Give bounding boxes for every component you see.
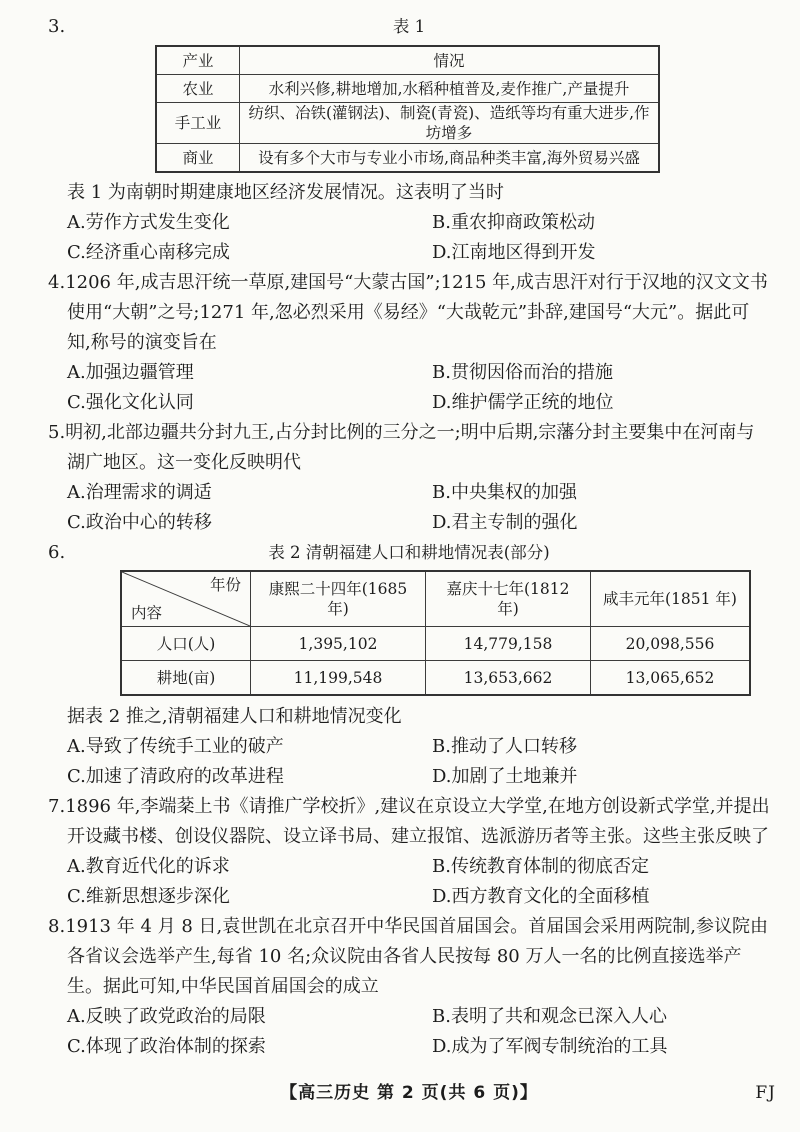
- diag-label-year: 年份: [210, 575, 241, 595]
- table-cell-text: 水利兴修,耕地增加,水稻种植普及,麦作推广,产量提升: [240, 75, 660, 103]
- question-6: 6. 表 2 清朝福建人口和耕地情况表(部分) 年份 内容 康熙二十四年(168…: [48, 538, 770, 792]
- option-c: C.强化文化认同: [67, 388, 432, 418]
- question-4: 4.1206 年,成吉思汗统一草原,建国号“大蒙古国”;1215 年,成吉思汗对…: [48, 268, 770, 418]
- option-c: C.加速了清政府的改革进程: [67, 762, 432, 792]
- table-2-header-row: 年份 内容 康熙二十四年(1685 年) 嘉庆十七年(1812 年) 咸丰元年(…: [121, 571, 750, 627]
- question-3-number: 3.: [48, 12, 65, 42]
- table-cell-label: 农业: [156, 75, 240, 103]
- option-d: D.君主专制的强化: [432, 508, 770, 538]
- table-row: 手工业 纺织、冶铁(灌钢法)、制瓷(青瓷)、造纸等均有重大进步,作坊增多: [156, 103, 659, 144]
- question-6-stem: 据表 2 推之,清朝福建人口和耕地情况变化: [48, 702, 770, 732]
- table-cell-label: 人口(人): [121, 627, 251, 661]
- table-row: 商业 设有多个大市与专业小市场,商品种类丰富,海外贸易兴盛: [156, 144, 659, 173]
- question-4-number: 4.: [48, 272, 65, 293]
- question-5-text: 明初,北部边疆共分封九王,占分封比例的三分之一;明中后期,宗藩分封主要集中在河南…: [65, 422, 754, 473]
- option-b: B.贯彻因俗而治的措施: [432, 358, 770, 388]
- question-7-stem: 7.1896 年,李端棻上书《请推广学校折》,建议在京设立大学堂,在地方创设新式…: [48, 792, 770, 852]
- table-1-header-row: 产业 情况: [156, 46, 659, 75]
- table-cell-label: 耕地(亩): [121, 661, 251, 696]
- option-c: C.体现了政治体制的探索: [67, 1032, 432, 1062]
- question-5-stem: 5.明初,北部边疆共分封九王,占分封比例的三分之一;明中后期,宗藩分封主要集中在…: [48, 418, 770, 478]
- table-2-col-header: 咸丰元年(1851 年): [591, 571, 751, 627]
- option-d: D.维护儒学正统的地位: [432, 388, 770, 418]
- table-row-farmland: 耕地(亩) 11,199,548 13,653,662 13,065,652: [121, 661, 750, 696]
- option-d: D.江南地区得到开发: [432, 238, 770, 268]
- question-3-heading: 3. 表 1: [48, 12, 770, 42]
- option-b: B.推动了人口转移: [432, 732, 770, 762]
- question-8-stem: 8.1913 年 4 月 8 日,袁世凯在北京召开中华民国首届国会。首届国会采用…: [48, 912, 770, 1002]
- option-c: C.经济重心南移完成: [67, 238, 432, 268]
- table-1-header-industry: 产业: [156, 46, 240, 75]
- footer-code: FJ: [755, 1078, 776, 1108]
- table-cell-label: 手工业: [156, 103, 240, 144]
- table-2-col-header: 嘉庆十七年(1812 年): [426, 571, 591, 627]
- table-row: 农业 水利兴修,耕地增加,水稻种植普及,麦作推广,产量提升: [156, 75, 659, 103]
- table-2: 年份 内容 康熙二十四年(1685 年) 嘉庆十七年(1812 年) 咸丰元年(…: [120, 570, 751, 696]
- table-cell-value: 11,199,548: [251, 661, 426, 696]
- option-a: A.加强边疆管理: [67, 358, 432, 388]
- option-a: A.治理需求的调适: [67, 478, 432, 508]
- option-d: D.成为了军阀专制统治的工具: [432, 1032, 770, 1062]
- option-a: A.教育近代化的诉求: [67, 852, 432, 882]
- table-2-caption: 表 2 清朝福建人口和耕地情况表(部分): [48, 538, 770, 568]
- page-footer: 【高三历史 第 2 页(共 6 页)】 FJ: [48, 1078, 770, 1108]
- table-1-caption: 表 1: [48, 12, 770, 42]
- option-a: A.反映了政党政治的局限: [67, 1002, 432, 1032]
- table-cell-value: 14,779,158: [426, 627, 591, 661]
- question-4-stem: 4.1206 年,成吉思汗统一草原,建国号“大蒙古国”;1215 年,成吉思汗对…: [48, 268, 770, 358]
- table-1-header-situation: 情况: [240, 46, 660, 75]
- question-6-options: A.导致了传统手工业的破产 B.推动了人口转移 C.加速了清政府的改革进程 D.…: [48, 732, 770, 792]
- question-3: 3. 表 1 产业 情况 农业 水利兴修,耕地增加,水稻种植普及,麦作推广,产量…: [48, 12, 770, 268]
- exam-page: 3. 表 1 产业 情况 农业 水利兴修,耕地增加,水稻种植普及,麦作推广,产量…: [0, 0, 800, 1132]
- question-7-options: A.教育近代化的诉求 B.传统教育体制的彻底否定 C.维新思想逐步深化 D.西方…: [48, 852, 770, 912]
- question-8: 8.1913 年 4 月 8 日,袁世凯在北京召开中华民国首届国会。首届国会采用…: [48, 912, 770, 1062]
- option-b: B.中央集权的加强: [432, 478, 770, 508]
- option-c: C.政治中心的转移: [67, 508, 432, 538]
- question-4-options: A.加强边疆管理 B.贯彻因俗而治的措施 C.强化文化认同 D.维护儒学正统的地…: [48, 358, 770, 418]
- table-2-diagonal-header-cell: 年份 内容: [121, 571, 251, 627]
- table-row-population: 人口(人) 1,395,102 14,779,158 20,098,556: [121, 627, 750, 661]
- option-d: D.西方教育文化的全面移植: [432, 882, 770, 912]
- question-6-heading: 6. 表 2 清朝福建人口和耕地情况表(部分): [48, 538, 770, 568]
- question-8-options: A.反映了政党政治的局限 B.表明了共和观念已深入人心 C.体现了政治体制的探索…: [48, 1002, 770, 1062]
- question-8-text: 1913 年 4 月 8 日,袁世凯在北京召开中华民国首届国会。首届国会采用两院…: [65, 916, 768, 997]
- table-2-col-header: 康熙二十四年(1685 年): [251, 571, 426, 627]
- table-cell-label: 商业: [156, 144, 240, 173]
- option-b: B.传统教育体制的彻底否定: [432, 852, 770, 882]
- option-b: B.重农抑商政策松动: [432, 208, 770, 238]
- question-3-stem: 表 1 为南朝时期建康地区经济发展情况。这表明了当时: [48, 178, 770, 208]
- question-7-text: 1896 年,李端棻上书《请推广学校折》,建议在京设立大学堂,在地方创设新式学堂…: [65, 796, 769, 847]
- question-5-options: A.治理需求的调适 B.中央集权的加强 C.政治中心的转移 D.君主专制的强化: [48, 478, 770, 538]
- question-8-number: 8.: [48, 916, 65, 937]
- table-cell-text: 纺织、冶铁(灌钢法)、制瓷(青瓷)、造纸等均有重大进步,作坊增多: [240, 103, 660, 144]
- question-5: 5.明初,北部边疆共分封九王,占分封比例的三分之一;明中后期,宗藩分封主要集中在…: [48, 418, 770, 538]
- option-b: B.表明了共和观念已深入人心: [432, 1002, 770, 1032]
- option-a: A.劳作方式发生变化: [67, 208, 432, 238]
- option-c: C.维新思想逐步深化: [67, 882, 432, 912]
- table-cell-value: 20,098,556: [591, 627, 751, 661]
- footer-page-label: 【高三历史 第 2 页(共 6 页)】: [48, 1078, 770, 1108]
- table-cell-value: 13,065,652: [591, 661, 751, 696]
- question-4-text: 1206 年,成吉思汗统一草原,建国号“大蒙古国”;1215 年,成吉思汗对行于…: [65, 272, 768, 353]
- diag-label-content: 内容: [131, 603, 162, 623]
- table-1: 产业 情况 农业 水利兴修,耕地增加,水稻种植普及,麦作推广,产量提升 手工业 …: [155, 45, 660, 173]
- table-cell-text: 设有多个大市与专业小市场,商品种类丰富,海外贸易兴盛: [240, 144, 660, 173]
- option-a: A.导致了传统手工业的破产: [67, 732, 432, 762]
- question-5-number: 5.: [48, 422, 65, 443]
- question-7-number: 7.: [48, 796, 65, 817]
- table-cell-value: 13,653,662: [426, 661, 591, 696]
- question-6-number: 6.: [48, 538, 65, 568]
- option-d: D.加剧了土地兼并: [432, 762, 770, 792]
- question-3-options: A.劳作方式发生变化 B.重农抑商政策松动 C.经济重心南移完成 D.江南地区得…: [48, 208, 770, 268]
- question-7: 7.1896 年,李端棻上书《请推广学校折》,建议在京设立大学堂,在地方创设新式…: [48, 792, 770, 912]
- table-cell-value: 1,395,102: [251, 627, 426, 661]
